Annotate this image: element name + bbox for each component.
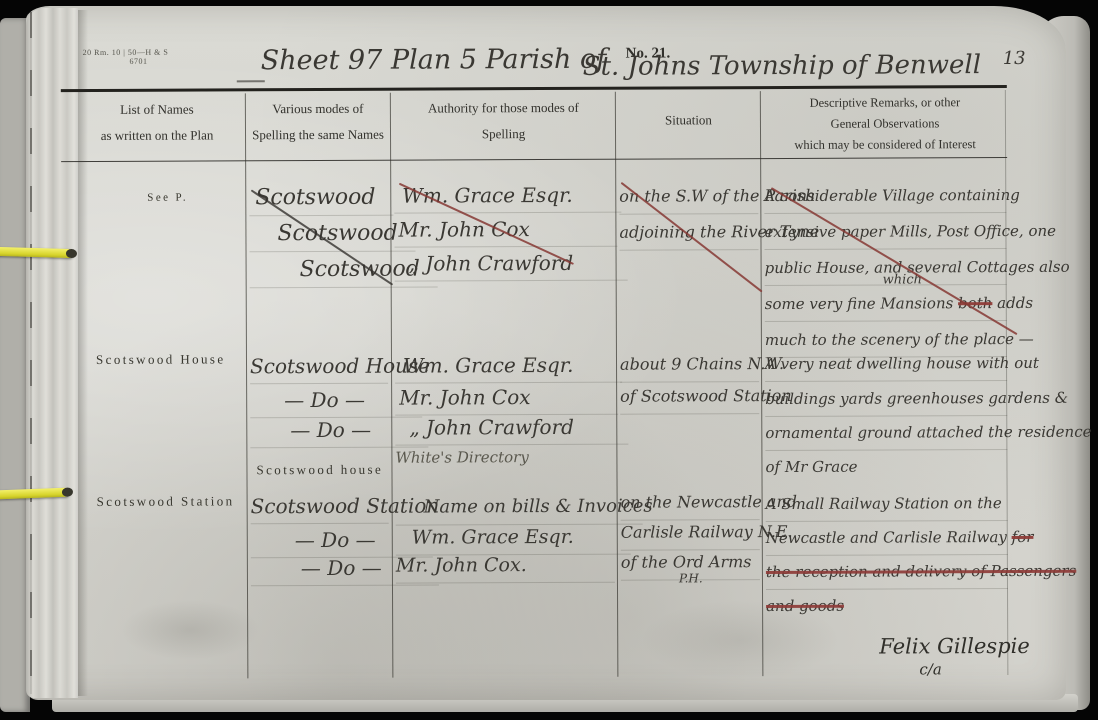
page-number: 13 bbox=[1003, 48, 1026, 69]
spelling-entry: Scotswood House bbox=[250, 349, 388, 385]
remarks-entry-struck: the reception and delivery of Passengers bbox=[766, 554, 1008, 590]
remarks-entry: extensive paper Mills, Post Office, one bbox=[764, 214, 1006, 250]
spelling-entry: Scotswood Station bbox=[251, 489, 389, 525]
plan-name-entry: Scotswood House bbox=[96, 351, 226, 368]
column-header-remarks: which may be considered of Interest bbox=[764, 137, 1006, 153]
remarks-entry-with-edit: Newcastle and Carlisle Railway for bbox=[766, 520, 1008, 556]
column-header-spelling: Spelling the same Names bbox=[249, 127, 387, 144]
title-sheet-plan-parish: Sheet 97 Plan 5 Parish of bbox=[261, 44, 607, 77]
spelling-entry: Scotswood bbox=[249, 217, 415, 253]
signature-note: c/a bbox=[919, 660, 941, 678]
remarks-entry: buildings yards greenhouses gardens & bbox=[765, 381, 1007, 417]
column-header-remarks: Descriptive Remarks, or other bbox=[764, 95, 1006, 111]
authority-entry: White's Directory bbox=[395, 440, 614, 475]
title-rule bbox=[61, 85, 1007, 92]
situation-entry: of Scotswood Station bbox=[620, 379, 759, 415]
stamp-line: 6701 bbox=[83, 57, 169, 66]
authority-entry: Mr. John Cox bbox=[394, 212, 617, 248]
struck-word: for bbox=[1012, 528, 1034, 546]
surveyor-signature: Felix Gillespie bbox=[879, 634, 1030, 659]
remarks-entry: ornamental ground attached the residence bbox=[765, 415, 1007, 451]
column-header-authority: Authority for those modes of bbox=[394, 100, 613, 117]
plan-name-entry: Scotswood Station bbox=[97, 493, 235, 510]
remarks-entry: A considerable Village containing bbox=[764, 178, 1006, 214]
column-header-names: List of Names bbox=[71, 101, 243, 118]
authority-entry: Mr. John Cox. bbox=[396, 548, 615, 584]
column-divider bbox=[245, 93, 249, 678]
printer-code-stamp: 20 Rm. 10 | 50—H & S 6701 bbox=[83, 48, 169, 66]
title-township: St. Johns Township of Benwell bbox=[583, 50, 981, 82]
remarks-text: adds bbox=[992, 294, 1033, 312]
spelling-entry: Scotswood house bbox=[250, 453, 394, 488]
column-header-authority: Spelling bbox=[394, 126, 613, 143]
remarks-entry: A very neat dwelling house with out bbox=[765, 346, 1007, 382]
stamp-line: 20 Rm. 10 | 50—H & S bbox=[83, 48, 169, 57]
situation-entry: about 9 Chains N.W. bbox=[620, 347, 759, 383]
remarks-text: Newcastle and Carlisle Railway bbox=[766, 528, 1012, 547]
plan-name-entry: See P. bbox=[147, 192, 188, 204]
authority-entry: Wm. Grace Esqr. bbox=[395, 348, 622, 384]
column-header-remarks: General Observations bbox=[764, 116, 1006, 132]
scanned-name-book-page: 20 Rm. 10 | 50—H & S 6701 Sheet 97 Plan … bbox=[0, 0, 1098, 720]
remarks-entry: of Mr Grace bbox=[765, 449, 1007, 484]
title-underline-dash bbox=[237, 80, 265, 82]
remarks-text: some very fine Mansions bbox=[765, 294, 958, 313]
remarks-entry-with-edit: some very fine Mansions both adds which bbox=[765, 286, 1007, 322]
remarks-entry-struck: and goods bbox=[766, 588, 1008, 623]
column-header-spelling: Various modes of bbox=[249, 101, 387, 118]
remarks-entry: A Small Railway Station on the bbox=[766, 486, 1008, 522]
header-rule bbox=[61, 157, 1007, 162]
column-header-situation: Situation bbox=[619, 112, 758, 129]
spelling-entry: Scotswood bbox=[249, 181, 393, 217]
column-header-names: as written on the Plan bbox=[71, 127, 243, 144]
authority-entry: „ John Crawford bbox=[395, 246, 628, 282]
